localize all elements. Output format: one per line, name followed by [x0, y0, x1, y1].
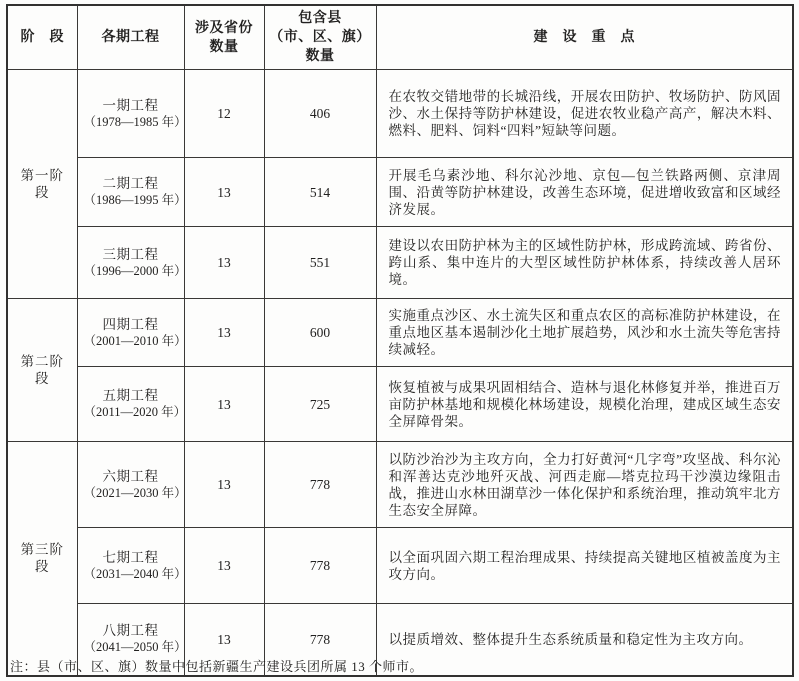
counties-count: 551: [264, 227, 376, 299]
project-cell: 三期工程 （1996—2000 年）: [77, 227, 184, 299]
project-name: 四期工程: [84, 316, 178, 333]
focus-text: 以全面巩固六期工程治理成果、持续提高关键地区植被盖度为主攻方向。: [376, 528, 793, 604]
counties-count: 725: [264, 367, 376, 442]
counties-count: 406: [264, 70, 376, 158]
counties-count: 514: [264, 158, 376, 227]
project-years: （2041—2050 年）: [84, 639, 178, 656]
project-cell: 五期工程 （2011—2020 年）: [77, 367, 184, 442]
project-cell: 六期工程 （2021—2030 年）: [77, 442, 184, 528]
phase-cell: 第一阶段: [7, 70, 77, 299]
project-cell: 一期工程 （1978—1985 年）: [77, 70, 184, 158]
project-name: 五期工程: [84, 387, 178, 404]
focus-text: 开展毛乌素沙地、科尔沁沙地、京包—包兰铁路两侧、京津周围、沿黄等防护林建设，改善…: [376, 158, 793, 227]
project-years: （1996—2000 年）: [84, 263, 178, 280]
header-counties: 包含县 （市、区、旗）数量: [264, 5, 376, 70]
focus-text: 恢复植被与成果巩固相结合、造林与退化林修复并举，推进百万亩防护林基地和规模化林场…: [376, 367, 793, 442]
focus-text: 以防沙治沙为主攻方向，全力打好黄河“几字弯”攻坚战、科尔沁和浑善达克沙地歼灭战、…: [376, 442, 793, 528]
table-row: 第二阶段 四期工程 （2001—2010 年） 13 600 实施重点沙区、水土…: [7, 299, 793, 367]
project-years: （1986—1995 年）: [84, 192, 178, 209]
phases-table: 阶 段 各期工程 涉及省份 数量 包含县 （市、区、旗）数量 建 设 重 点 第…: [6, 4, 794, 677]
provinces-count: 13: [184, 227, 264, 299]
focus-text: 在农牧交错地带的长城沿线，开展农田防护、牧场防护、防风固沙、水土保持等防护林建设…: [376, 70, 793, 158]
phase-cell: 第三阶段: [7, 442, 77, 676]
provinces-count: 13: [184, 158, 264, 227]
project-cell: 七期工程 （2031—2040 年）: [77, 528, 184, 604]
project-name: 七期工程: [84, 549, 178, 566]
project-name: 三期工程: [84, 246, 178, 263]
project-name: 八期工程: [84, 622, 178, 639]
focus-text: 建设以农田防护林为主的区域性防护林，形成跨流域、跨省份、跨山系、集中连片的大型区…: [376, 227, 793, 299]
project-name: 一期工程: [84, 97, 178, 114]
focus-text: 实施重点沙区、水土流失区和重点农区的高标准防护林建设，在重点地区基本遏制沙化土地…: [376, 299, 793, 367]
project-years: （2011—2020 年）: [84, 404, 178, 421]
table-row: 第三阶段 六期工程 （2021—2030 年） 13 778 以防沙治沙为主攻方…: [7, 442, 793, 528]
table-row: 第一阶段 一期工程 （1978—1985 年） 12 406 在农牧交错地带的长…: [7, 70, 793, 158]
project-years: （2021—2030 年）: [84, 485, 178, 502]
provinces-count: 13: [184, 299, 264, 367]
provinces-count: 13: [184, 528, 264, 604]
focus-text: 以提质增效、整体提升生态系统质量和稳定性为主攻方向。: [376, 604, 793, 676]
project-years: （2031—2040 年）: [84, 566, 178, 583]
provinces-count: 13: [184, 367, 264, 442]
header-project: 各期工程: [77, 5, 184, 70]
header-provinces: 涉及省份 数量: [184, 5, 264, 70]
header-phase: 阶 段: [7, 5, 77, 70]
table-row: 七期工程 （2031—2040 年） 13 778 以全面巩固六期工程治理成果、…: [7, 528, 793, 604]
project-years: （2001—2010 年）: [84, 333, 178, 350]
counties-count: 600: [264, 299, 376, 367]
document-page: 阶 段 各期工程 涉及省份 数量 包含县 （市、区、旗）数量 建 设 重 点 第…: [0, 0, 799, 681]
table-row: 五期工程 （2011—2020 年） 13 725 恢复植被与成果巩固相结合、造…: [7, 367, 793, 442]
header-focus: 建 设 重 点: [376, 5, 793, 70]
project-name: 二期工程: [84, 175, 178, 192]
counties-count: 778: [264, 442, 376, 528]
counties-count: 778: [264, 528, 376, 604]
provinces-count: 13: [184, 442, 264, 528]
table-row: 三期工程 （1996—2000 年） 13 551 建设以农田防护林为主的区域性…: [7, 227, 793, 299]
project-cell: 二期工程 （1986—1995 年）: [77, 158, 184, 227]
table-row: 二期工程 （1986—1995 年） 13 514 开展毛乌素沙地、科尔沁沙地、…: [7, 158, 793, 227]
project-name: 六期工程: [84, 468, 178, 485]
project-years: （1978—1985 年）: [84, 114, 178, 131]
table-header-row: 阶 段 各期工程 涉及省份 数量 包含县 （市、区、旗）数量 建 设 重 点: [7, 5, 793, 70]
project-cell: 四期工程 （2001—2010 年）: [77, 299, 184, 367]
provinces-count: 12: [184, 70, 264, 158]
footnote: 注：县（市、区、旗）数量中包括新疆生产建设兵团所属 13 个师市。: [10, 656, 423, 675]
phase-cell: 第二阶段: [7, 299, 77, 442]
